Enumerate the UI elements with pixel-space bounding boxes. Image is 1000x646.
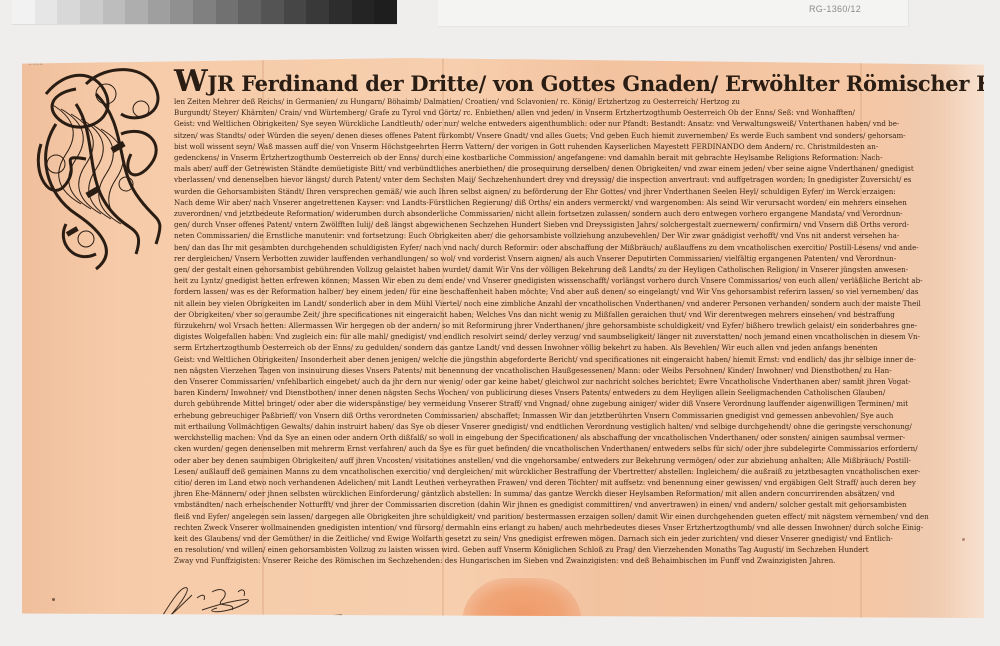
- grayscale-calibration-strip: [12, 0, 397, 24]
- body-line: rechten Zweck Vnserer wollmainenden gned…: [174, 522, 956, 533]
- body-line: Lesen/ außlauff deß gemainen Manns zu de…: [174, 466, 956, 477]
- calibration-swatch: [57, 0, 80, 24]
- body-line: digistes Wolgefallen haben: Vnd zugleich…: [174, 331, 956, 342]
- calibration-swatch: [80, 0, 103, 24]
- body-line: serm Ertzhertzogthumb Oesterreich ob der…: [174, 342, 956, 353]
- body-line: nen nägsten Vierzehen Tagen von insinuir…: [174, 365, 956, 376]
- body-line: vmbständten/ nach erheischender Notturff…: [174, 499, 956, 510]
- catalog-number: RG-1360/12: [809, 4, 861, 14]
- calibration-swatch: [238, 0, 261, 24]
- calibration-swatch: [306, 0, 329, 24]
- calibration-swatch: [352, 0, 375, 24]
- body-line: ben/ dan das Ihr mit gesambten durchgehe…: [174, 242, 956, 253]
- body-line: citio/ deren im Land etwo noch verhanden…: [174, 477, 956, 488]
- body-line: sitzen/ was Standts/ oder Würden die sey…: [174, 130, 956, 141]
- title-text: JR Ferdinand der Dritte/ von Gottes Gnad…: [207, 71, 1000, 96]
- body-line: mals aber/ auff der Getrewisten Ständte …: [174, 163, 956, 174]
- calibration-swatch: [103, 0, 126, 24]
- body-line: cken wurden/ gegen denenselben mit mehre…: [174, 443, 956, 454]
- body-line: wurden die Gehorsambisten Ständt/ Ihren …: [174, 186, 956, 197]
- calibration-swatch: [261, 0, 284, 24]
- calibration-swatch: [170, 0, 193, 24]
- document-title: WJR Ferdinand der Dritte/ von Gottes Gna…: [174, 70, 954, 96]
- body-line: den Vnserer Commissarien/ vnfehlbarlich …: [174, 376, 956, 387]
- stain-spot: [52, 598, 55, 601]
- body-line: gedenckens/ in Vnserm Ertzhertzogthumb O…: [174, 152, 956, 163]
- body-line: Zway vnd Funffzigisten: Vnserer Reiche d…: [174, 555, 956, 566]
- body-line: fleiß vnd Eyfer/ angelegen sein lassen/ …: [174, 511, 956, 522]
- body-line: rer dergleichen/ Vnsern Verbotten zuwide…: [174, 253, 956, 264]
- body-line: keit des Glaubens/ vnd der Gemüther/ in …: [174, 533, 956, 544]
- body-line: gen/ der gestalt einen gehorsambist gebü…: [174, 264, 956, 275]
- body-line: Nach deme Wir aber/ nach Vnserer angetre…: [174, 197, 956, 208]
- body-line: len Zeiten Mehrer deß Reichs/ in Germani…: [174, 96, 956, 107]
- body-line: fürzukehrn/ wol Vrsach hetten: Allermass…: [174, 320, 956, 331]
- body-line: jhren Ehe-Männern/ oder jhnen selbsten w…: [174, 488, 956, 499]
- stain-spot: [962, 538, 965, 541]
- body-line: vberlassen/ vnd denenselben hievor längs…: [174, 174, 956, 185]
- body-line: Geist: vnd Weltlichen Obrigkeiten/ Inson…: [174, 354, 956, 365]
- body-line: Geist: vnd Weltlichen Obrigkeiten/ Sye s…: [174, 118, 956, 129]
- calibration-swatch: [284, 0, 307, 24]
- body-line: heit zu Lyntz/ gnedigist hetten erfrewen…: [174, 275, 956, 286]
- calibration-swatch: [125, 0, 148, 24]
- signature: [142, 580, 352, 640]
- body-line: gen/ durch Vnser offenes Patent/ vntern …: [174, 219, 956, 230]
- calibration-swatch: [193, 0, 216, 24]
- document-sheet: 1622: [22, 58, 984, 618]
- calibration-swatch: [374, 0, 397, 24]
- body-line: en resolution/ vnd willen/ einen gehorsa…: [174, 544, 956, 555]
- body-line: werckhstellig machen: Vnd da Sye an eine…: [174, 432, 956, 443]
- body-line: durch gebührende Mittel bringet/ oder ab…: [174, 398, 956, 409]
- body-line: bist woll wissent seyn/ Waß massen auff …: [174, 141, 956, 152]
- seal-impression: [462, 578, 582, 638]
- body-line: der Obrigkeiten/ vber so geraumbe Zeit/ …: [174, 309, 956, 320]
- document-body: len Zeiten Mehrer deß Reichs/ in Germani…: [174, 96, 956, 567]
- body-line: oder aber bey denen saumbigen Obrigkeite…: [174, 455, 956, 466]
- body-line: mit erthailung Vollmächtigen Gewalts/ da…: [174, 421, 956, 432]
- body-line: neten Commissarien/ die Ernstliche manut…: [174, 230, 956, 241]
- calibration-swatch: [216, 0, 239, 24]
- body-line: baren Kindern/ Inwohner/ vnd Dienstbothe…: [174, 387, 956, 398]
- body-line: fordern lassen/ was es der Reformation h…: [174, 286, 956, 297]
- calibration-swatch: [35, 0, 58, 24]
- body-line: nit allein bey vielen Obrigkeiten im Lan…: [174, 298, 956, 309]
- body-line: Burgundt/ Steyer/ Khärnten/ Crain/ vnd W…: [174, 107, 956, 118]
- calibration-swatch: [12, 0, 35, 24]
- body-line: erhebung gebreuchiger Paßbrieff/ von Vns…: [174, 410, 956, 421]
- body-line: zuverordnen/ vnd jetztbedeute Reformatio…: [174, 208, 956, 219]
- calibration-swatch: [148, 0, 171, 24]
- calibration-swatch: [329, 0, 352, 24]
- decorated-initial-icon: [26, 64, 174, 274]
- title-initial: W: [174, 64, 207, 99]
